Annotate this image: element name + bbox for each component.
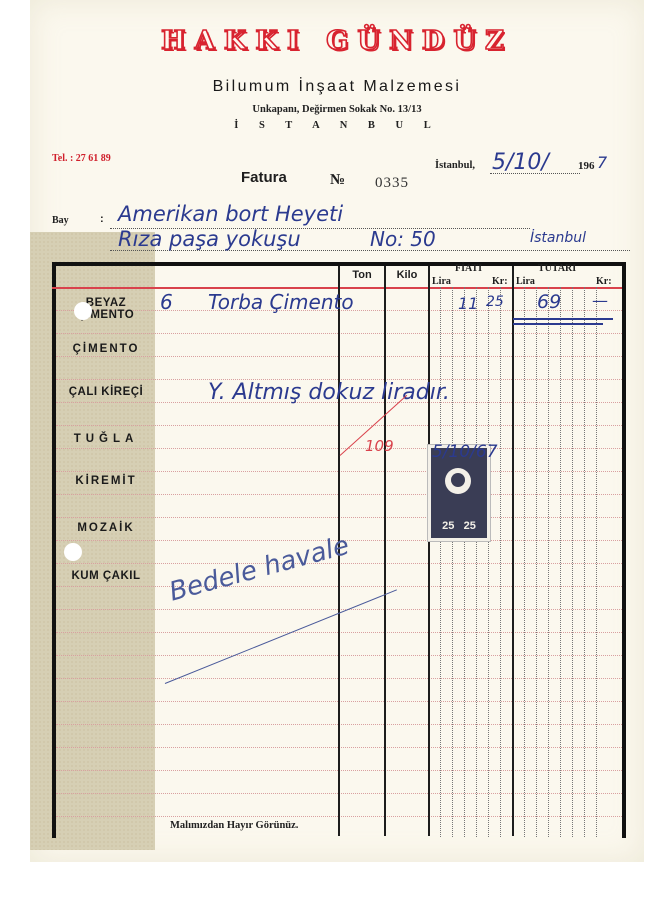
customer-address-number-handwritten: No: 50 <box>370 227 436 251</box>
item-label-kiremit: KİREMİT <box>56 475 156 487</box>
digit-grid-line <box>560 287 561 837</box>
invoice-number-label: № <box>330 172 345 189</box>
column-header-fiati-lira: Lira <box>432 276 451 287</box>
crescent-icon <box>445 468 471 494</box>
column-header-fiati-kr: Kr: <box>492 276 508 287</box>
digit-grid-line <box>464 287 465 837</box>
company-tagline: Bilumum İnşaat Malzemesi <box>30 78 644 96</box>
stamp-date-handwritten: 5/10/67 <box>432 442 498 462</box>
item-label-mozaik: MOZAİK <box>56 522 156 534</box>
digit-grid-line <box>548 287 549 837</box>
company-address: Unkapanı, Değirmen Sokak No. 13/13 <box>30 104 644 115</box>
punch-hole <box>64 543 82 561</box>
column-header-ton: Ton <box>340 269 384 281</box>
invoice-place: İstanbul, <box>435 160 475 171</box>
customer-label: Bay <box>52 215 69 226</box>
entry-total-kr: — <box>592 291 608 310</box>
telephone: Tel. : 27 61 89 <box>52 153 111 164</box>
invoice-number: 0335 <box>375 175 409 192</box>
digit-grid-line <box>572 287 573 837</box>
entry-total-lira: 69 <box>537 291 561 313</box>
company-city: İ S T A N B U L <box>30 120 644 131</box>
digit-grid-line <box>536 287 537 837</box>
invoice-title: Fatura <box>241 169 287 186</box>
digit-grid-line <box>452 287 453 837</box>
entry-quantity-handwritten: 6 <box>160 290 173 314</box>
digit-grid-line <box>524 287 525 837</box>
punch-hole <box>74 302 92 320</box>
column-header-tutari-lira: Lira <box>516 276 535 287</box>
stamp-value: 25 25 <box>431 520 487 532</box>
digit-grid-line <box>476 287 477 837</box>
column-header-fiati: FİATI <box>455 263 482 274</box>
invoice-paper: HAKKI GÜNDÜZ Bilumum İnşaat Malzemesi Un… <box>30 0 644 862</box>
item-label-tugla: TUĞLA <box>56 433 156 445</box>
item-label-cimento: ÇİMENTO <box>56 343 156 355</box>
column-divider <box>384 266 386 836</box>
item-label-cali-kireci: ÇALI KİREÇİ <box>56 386 156 398</box>
invoice-year-handwritten: 7 <box>597 153 607 172</box>
column-header-tutari: TUTARI <box>538 263 576 274</box>
column-header-kilo: Kilo <box>386 269 428 281</box>
invoice-date-handwritten: 5/10/ <box>492 150 549 175</box>
entry-description-handwritten: Torba Çimento <box>208 290 354 314</box>
customer-colon: : <box>100 213 104 225</box>
digit-grid-line <box>596 287 597 837</box>
column-header-tutari-kr: Kr: <box>596 276 612 287</box>
digit-grid-line <box>500 287 501 837</box>
column-divider <box>512 266 514 836</box>
invoice-year-printed: 196 <box>578 160 595 172</box>
item-label-beyaz-cimento: BEYAZ ÇİMENTO <box>56 297 156 321</box>
digit-grid-line <box>488 287 489 837</box>
customer-name-handwritten: Amerikan bort Heyeti <box>118 202 343 226</box>
item-label-kum-cakil: KUM ÇAKIL <box>56 570 156 582</box>
footer-slogan: Malımızdan Hayır Görünüz. <box>170 820 298 831</box>
column-divider <box>428 266 430 836</box>
entry-price-lira: 11 <box>458 294 478 313</box>
digit-grid-line <box>584 287 585 837</box>
stamp-note-red: 109 <box>365 437 394 455</box>
digit-grid-line <box>440 287 441 837</box>
entry-price-kr: 25 <box>486 294 504 310</box>
total-double-underline <box>513 323 603 325</box>
company-name: HAKKI GÜNDÜZ <box>30 26 644 56</box>
amount-in-words-handwritten: Y. Altmış dokuz liradır. <box>208 380 450 405</box>
total-underline <box>513 318 613 320</box>
customer-city-handwritten: İstanbul <box>530 230 586 246</box>
customer-address-handwritten: Rıza paşa yokuşu <box>118 227 301 251</box>
